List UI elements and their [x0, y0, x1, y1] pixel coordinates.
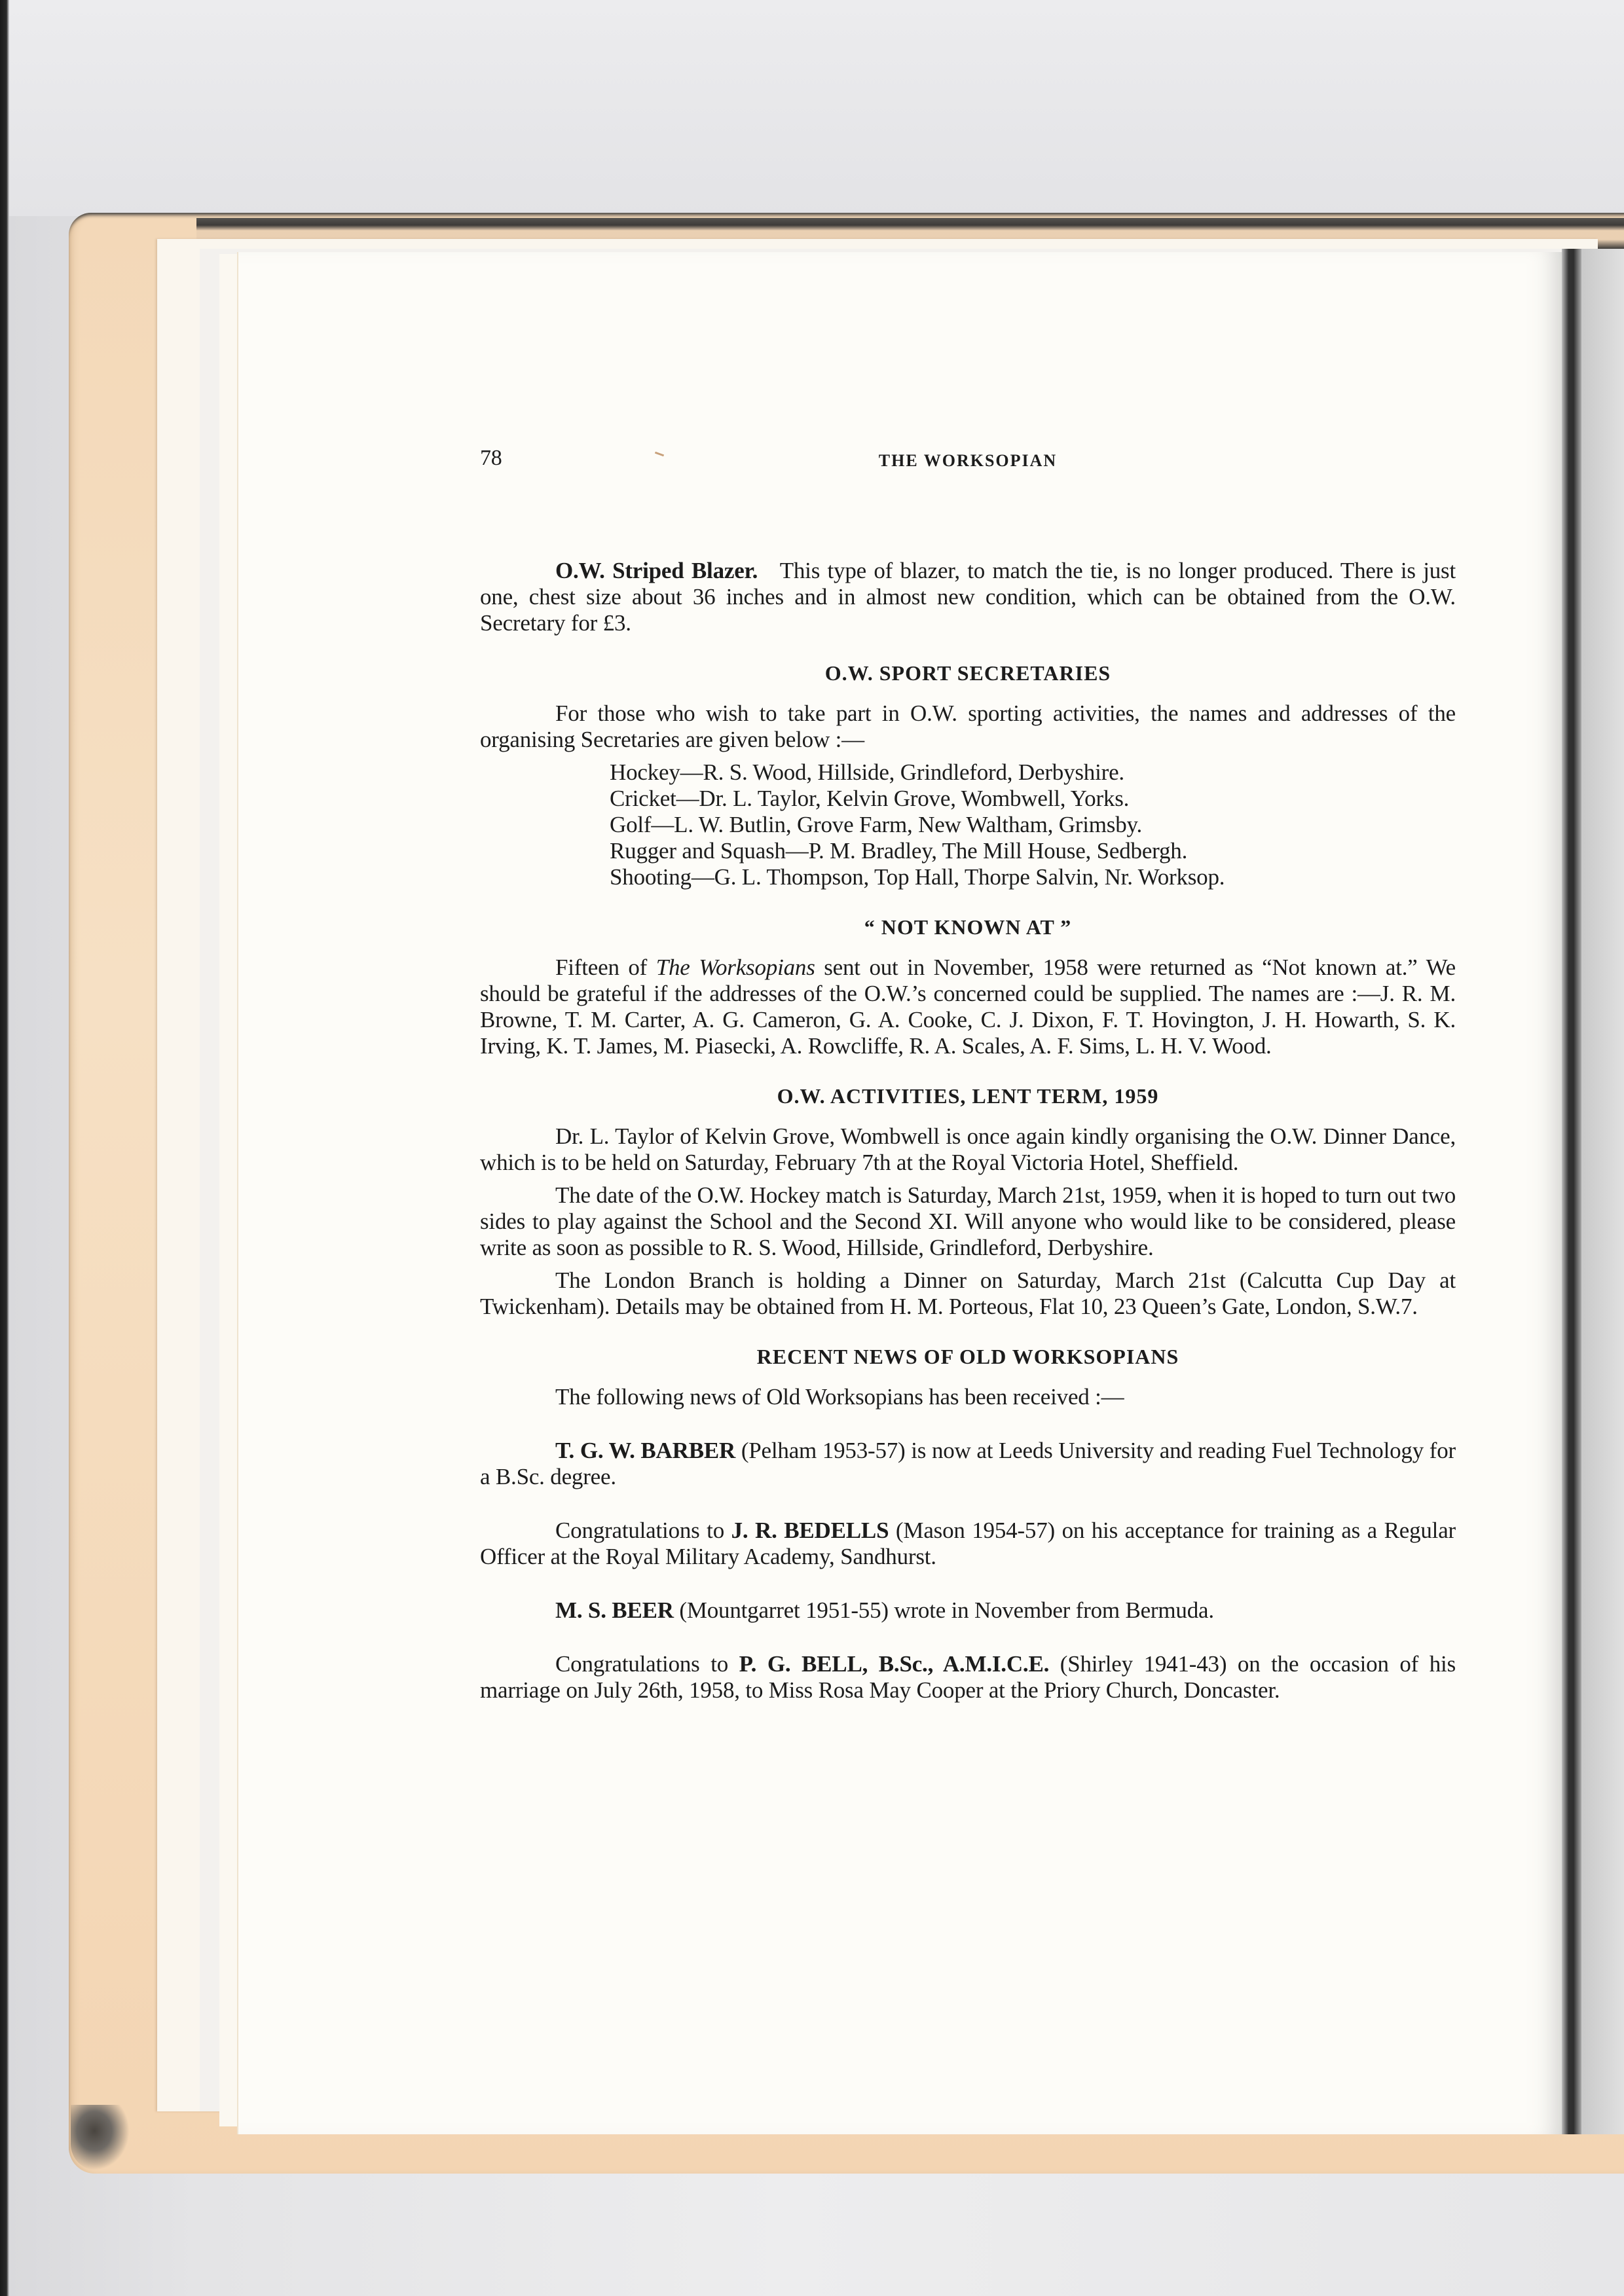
secretaries-list: Hockey—R. S. Wood, Hillside, Grindleford… — [610, 759, 1456, 890]
news-heading: RECENT NEWS OF OLD WORKSOPIANS — [480, 1343, 1456, 1370]
running-head: 78 THE WORKSOPIAN — [480, 445, 1456, 484]
scanner-background-top — [9, 0, 1624, 216]
list-item: Golf—L. W. Butlin, Grove Farm, New Walth… — [610, 812, 1456, 838]
sport-secretaries-heading: O.W. SPORT SECRETARIES — [480, 660, 1456, 686]
publication-title: The Worksopians — [656, 955, 815, 980]
news-entry: T. G. W. BARBER (Pelham 1953-57) is now … — [480, 1438, 1456, 1490]
text: Congratulations to — [555, 1518, 731, 1543]
list-item: Cricket—Dr. L. Taylor, Kelvin Grove, Wom… — [610, 786, 1456, 812]
activities-paragraph: Dr. L. Taylor of Kelvin Grove, Wombwell … — [480, 1123, 1456, 1176]
text: Fifteen of — [555, 955, 656, 980]
person-name: M. S. BEER — [555, 1597, 674, 1623]
cover-corner-wear — [71, 2105, 130, 2170]
page-content: 78 THE WORKSOPIAN O.W. Striped Blazer. T… — [480, 445, 1456, 1704]
spine-shadow — [1562, 249, 1581, 2134]
running-title: THE WORKSOPIAN — [480, 448, 1456, 474]
list-item: Rugger and Squash—P. M. Bradley, The Mil… — [610, 838, 1456, 864]
activities-heading: O.W. ACTIVITIES, LENT TERM, 1959 — [480, 1083, 1456, 1109]
blazer-lead: O.W. Striped Blazer. — [555, 558, 758, 583]
person-name: P. G. BELL, B.Sc., A.M.I.C.E. — [739, 1651, 1049, 1677]
text: Congratulations to — [555, 1651, 739, 1677]
list-item: Hockey—R. S. Wood, Hillside, Grindleford… — [610, 759, 1456, 786]
blazer-paragraph: O.W. Striped Blazer. This type of blazer… — [480, 558, 1456, 636]
activities-paragraph: The date of the O.W. Hockey match is Sat… — [480, 1182, 1456, 1261]
list-item: Shooting—G. L. Thompson, Top Hall, Thorp… — [610, 864, 1456, 890]
news-entry: M. S. BEER (Mountgarret 1951-55) wrote i… — [480, 1597, 1456, 1624]
person-name: T. G. W. BARBER — [555, 1438, 735, 1463]
scanner-background-right — [1581, 249, 1624, 2134]
activities-paragraph: The London Branch is holding a Dinner on… — [480, 1267, 1456, 1320]
text: (Mountgarret 1951-55) wrote in November … — [674, 1597, 1214, 1623]
sport-secretaries-intro: For those who wish to take part in O.W. … — [480, 701, 1456, 753]
news-entry: Congratulations to J. R. BEDELLS (Mason … — [480, 1518, 1456, 1570]
person-name: J. R. BEDELLS — [731, 1518, 889, 1543]
not-known-paragraph: Fifteen of The Worksopians sent out in N… — [480, 955, 1456, 1059]
news-intro: The following news of Old Worksopians ha… — [480, 1384, 1456, 1410]
not-known-heading: “ NOT KNOWN AT ” — [480, 914, 1456, 940]
news-entry: Congratulations to P. G. BELL, B.Sc., A.… — [480, 1651, 1456, 1704]
